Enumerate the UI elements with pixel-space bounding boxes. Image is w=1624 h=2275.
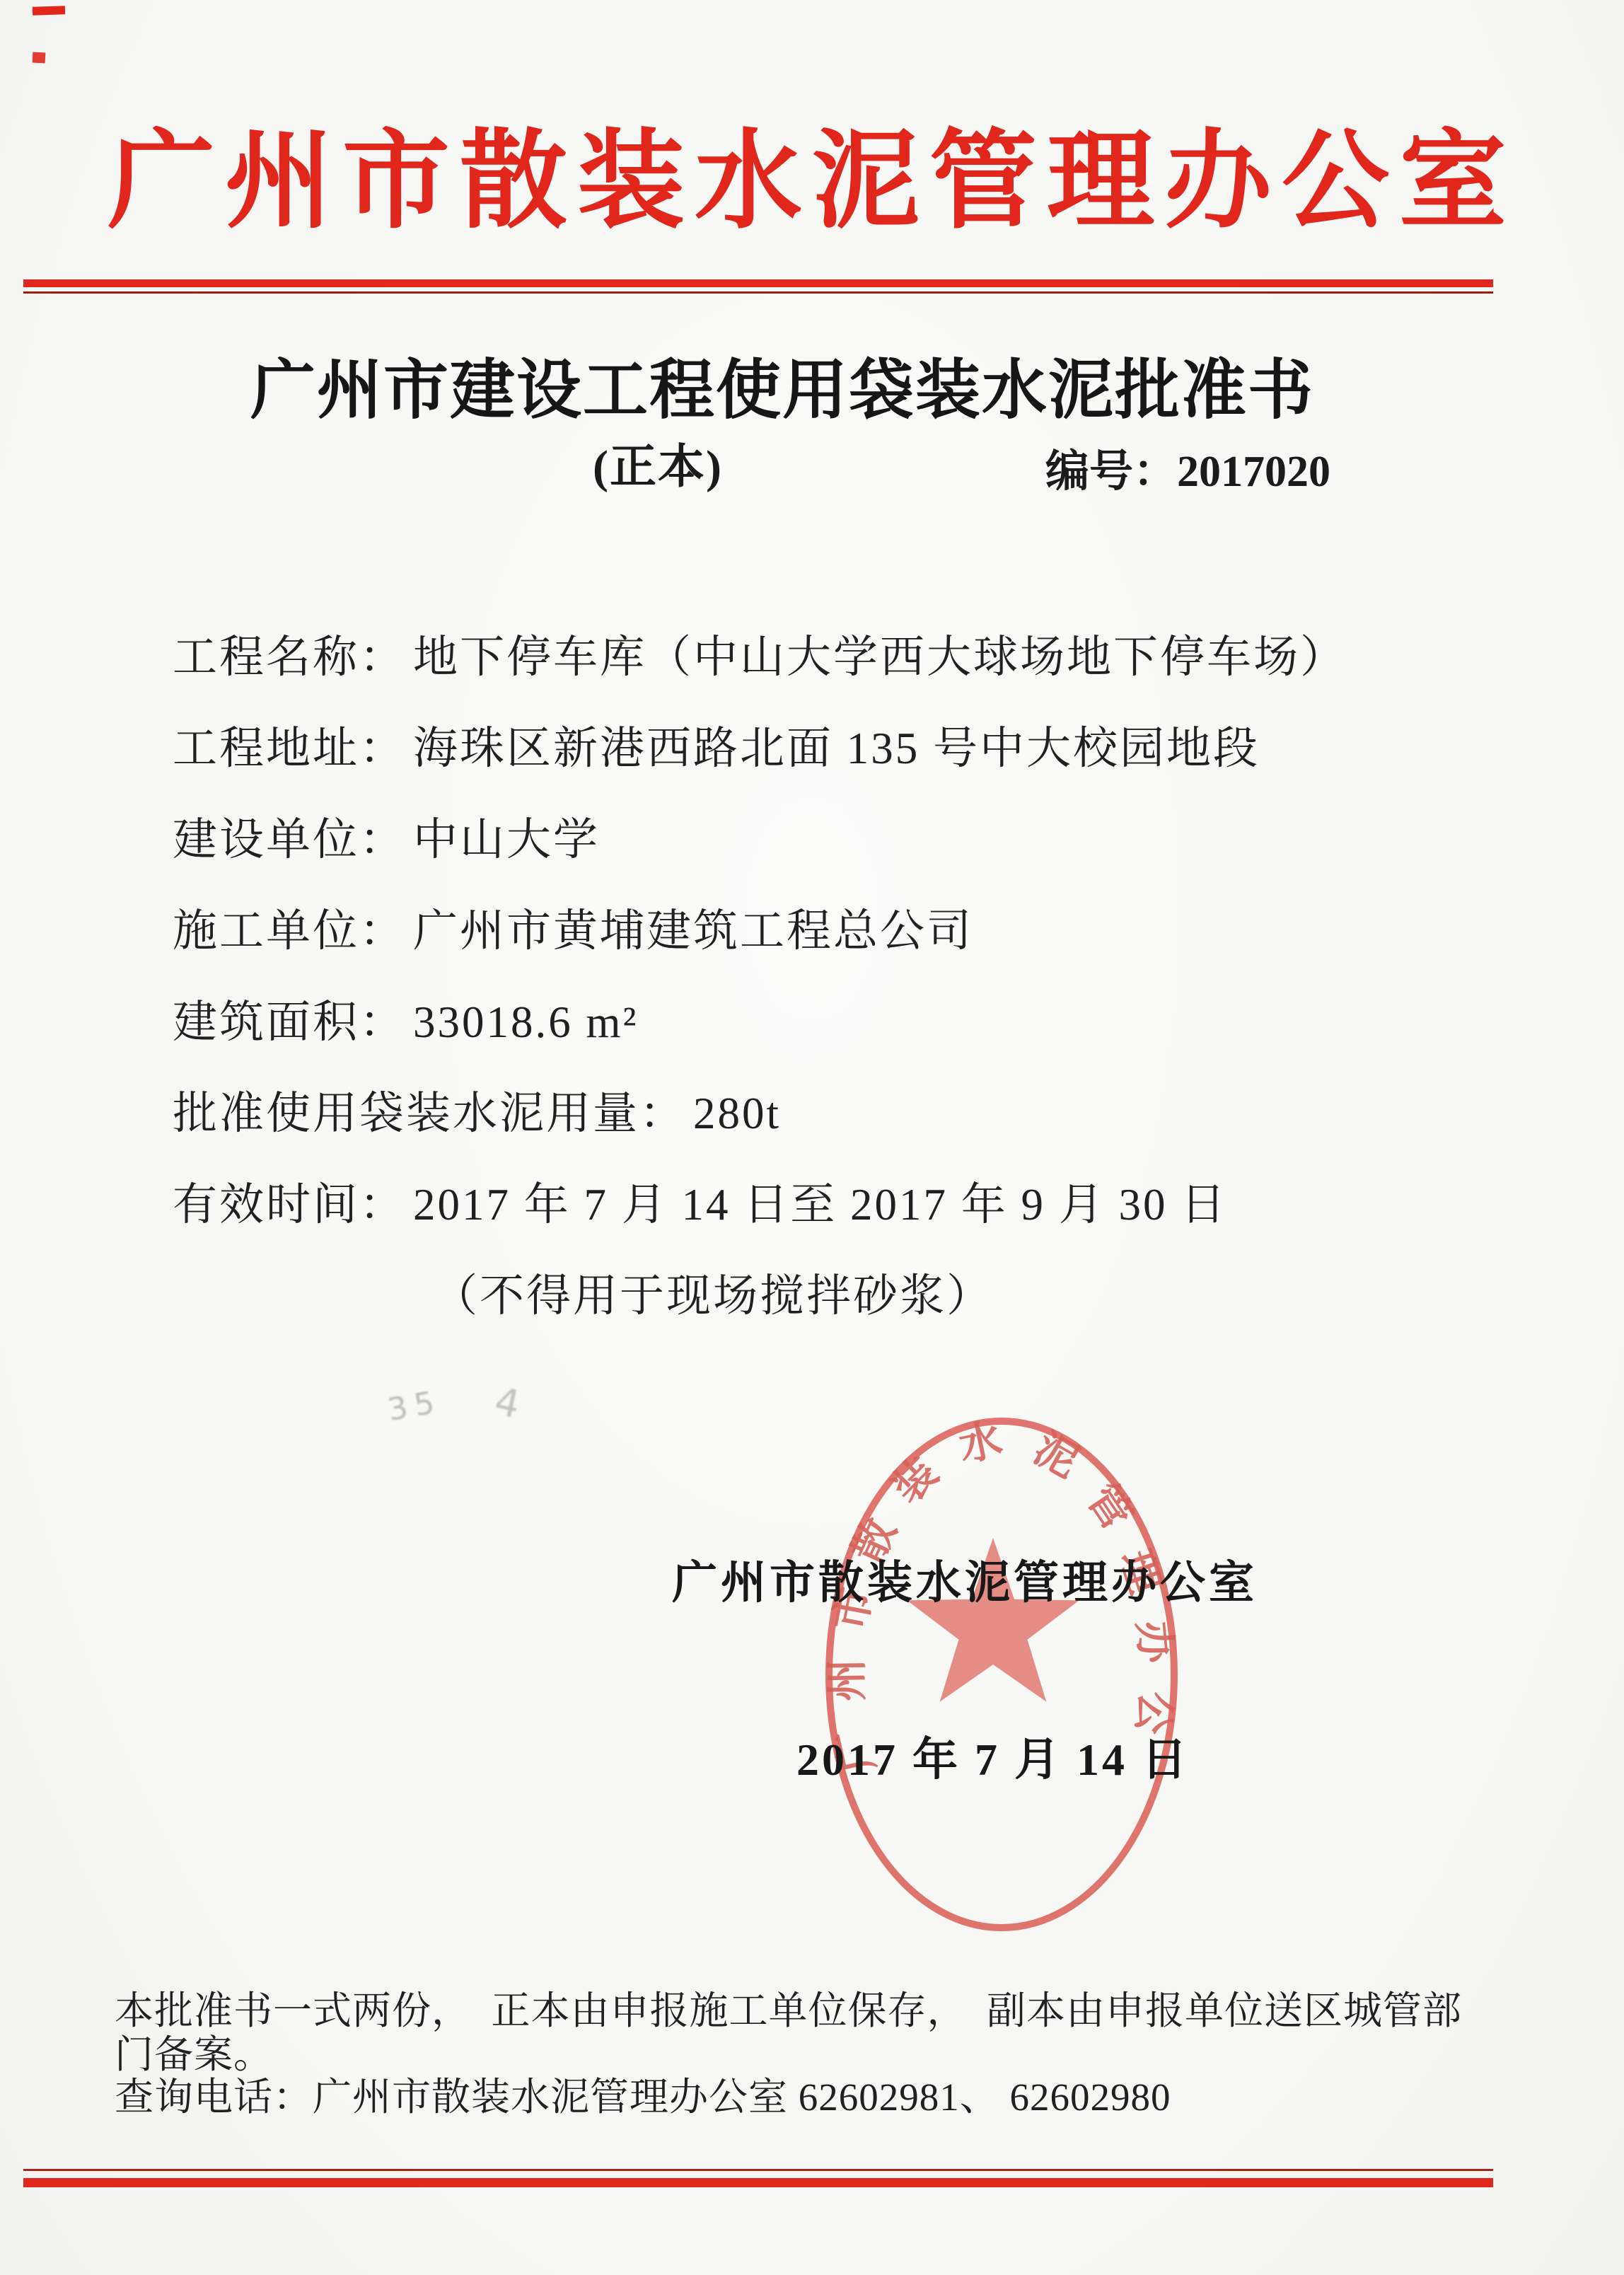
signature-office-name: 广州市散装水泥管理办公室 — [672, 1546, 1258, 1611]
field-value: 广州市黄埔建筑工程总公司 — [413, 906, 973, 956]
pencil-annotation: 35 — [385, 1384, 444, 1428]
field-value: 地下停车库（中山大学西大球场地下停车场） — [413, 632, 1347, 682]
footnote-contact-phone: 查询电话：广州市散装水泥管理办公室 62602981、 62602980 — [115, 2066, 1171, 2121]
field-value: 海珠区新港西路北面 135 号中大校园地段 — [413, 724, 1260, 773]
field-label: 工程地址： — [173, 724, 406, 773]
field-label: 建筑面积： — [173, 997, 406, 1047]
masthead-divider-thin — [23, 291, 1493, 294]
field-value: 中山大学 — [413, 815, 600, 864]
issuing-org-masthead: 广州市散装水泥管理办公室 — [0, 122, 1624, 242]
footer-divider-thin — [23, 2169, 1493, 2171]
copy-type-label: (正本) — [593, 429, 723, 496]
field-approved-cement-quantity: 批准使用袋装水泥用量：280t — [173, 1077, 781, 1142]
serial-number: 编号：2017020 — [1045, 436, 1330, 499]
field-construction-owner: 建设单位：中山大学 — [173, 804, 600, 868]
footer-divider-thick — [23, 2178, 1493, 2187]
field-value: 33018.6 m² — [413, 997, 638, 1047]
field-value: 2017 年 7 月 14 日至 2017 年 9 月 30 日 — [413, 1180, 1227, 1229]
official-red-seal: 广州市散装水泥管理办公室 — [802, 1408, 1202, 1945]
field-label: 建设单位： — [173, 815, 406, 864]
scanned-approval-document: 广州市散装水泥管理办公室 广州市建设工程使用袋装水泥批准书 (正本) 编号：20… — [0, 0, 1624, 2275]
field-label: 批准使用袋装水泥用量： — [173, 1089, 686, 1138]
field-label: 工程名称： — [173, 632, 406, 682]
field-project-address: 工程地址：海珠区新港西路北面 135 号中大校园地段 — [173, 712, 1260, 777]
field-floor-area: 建筑面积：33018.6 m² — [173, 986, 638, 1050]
document-title: 广州市建设工程使用袋装水泥批准书 — [0, 338, 1594, 432]
field-contractor: 施工单位：广州市黄埔建筑工程总公司 — [173, 895, 973, 959]
footnote-line: 本批准书一式两份， 正本由申报施工单位保存， 副本由申报单位送区城管部 — [115, 1979, 1462, 2035]
pencil-annotation: 4 — [491, 1379, 524, 1428]
scan-artifact-red-mark — [33, 6, 65, 16]
field-project-name: 工程名称：地下停车库（中山大学西大球场地下停车场） — [173, 621, 1347, 685]
field-label: 施工单位： — [173, 906, 406, 956]
field-validity-period: 有效时间：2017 年 7 月 14 日至 2017 年 9 月 30 日 — [173, 1169, 1227, 1233]
field-label: 有效时间： — [173, 1180, 406, 1229]
scan-artifact-red-mark — [33, 52, 46, 64]
signature-date: 2017 年 7 月 14 日 — [796, 1723, 1190, 1788]
restriction-note: （不得用于现场搅拌砂浆） — [433, 1260, 993, 1324]
field-value: 280t — [693, 1089, 781, 1138]
masthead-divider-thick — [23, 279, 1493, 287]
